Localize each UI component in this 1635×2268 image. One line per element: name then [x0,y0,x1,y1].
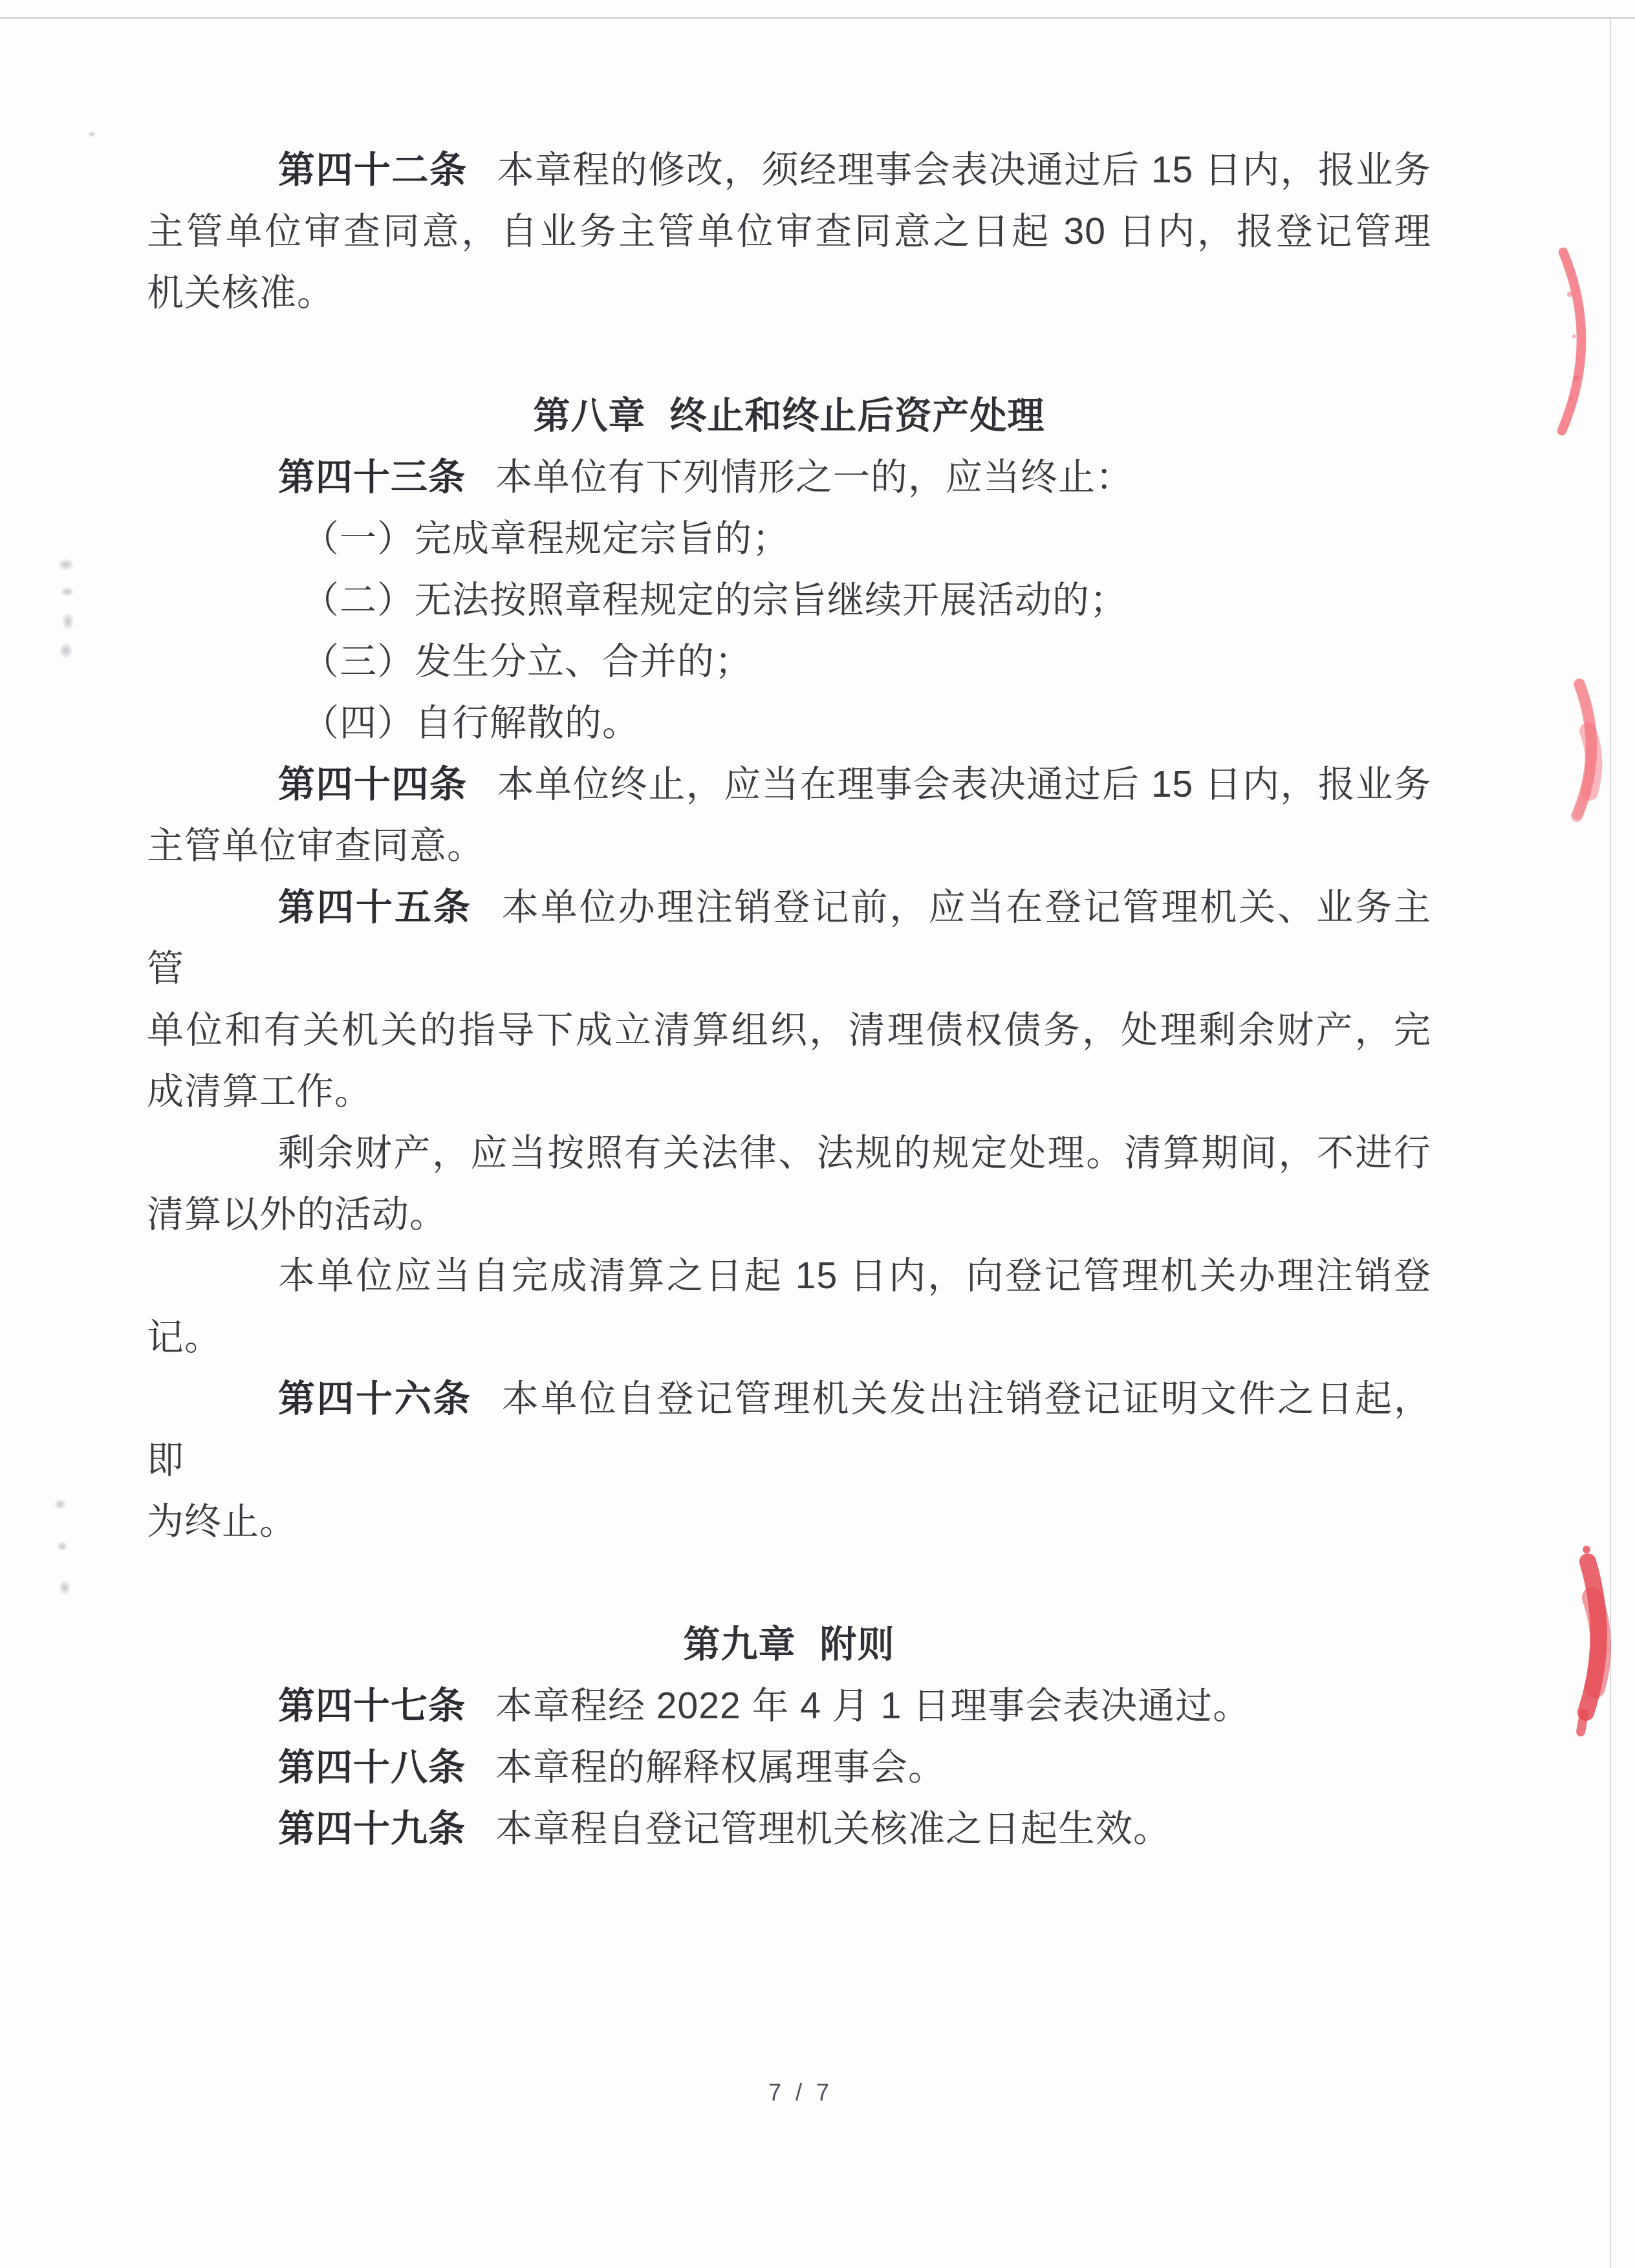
smudge-mark [59,1581,70,1595]
text-line: 主管单位审查同意，自业务主管单位审查同意之日起 30 日内，报登记管理 [147,201,1431,263]
scan-edge-right-line [1610,17,1611,2268]
chapter-heading: 第八章 终止和终止后资产处理 [147,385,1431,447]
smudge-mark [58,559,74,570]
text-line: 第四十八条本章程的解释权属理事会。 [147,1737,1431,1798]
stamp-mark-top [1562,252,1581,431]
text-line: 清算以外的活动。 [147,1184,1431,1246]
article-number: 第四十二条 [278,149,467,191]
list-item-line: （四）自行解散的。 [147,693,1431,754]
text-line: 第四十二条本章程的修改，须经理事会表决通过后 15 日内，报业务 [147,140,1431,201]
text-line: 第四十五条本单位办理注销登记前，应当在登记管理机关、业务主管 [147,877,1431,1000]
smudge-mark [61,587,74,596]
text-line: 第四十四条本单位终止，应当在理事会表决通过后 15 日内，报业务 [147,754,1431,815]
chapter-heading: 第九章 附则 [147,1614,1431,1676]
article-number: 第四十五条 [278,887,472,928]
smudge-mark [54,1499,66,1509]
smudge-mark [60,643,72,658]
text-line: 单位和有关机关的指导下成立清算组织，清理债权债务，处理剩余财产，完 [147,1000,1431,1061]
text-line: 剩余财产，应当按照有关法律、法规的规定处理。清算期间，不进行 [147,1123,1431,1184]
text-line: 主管单位审查同意。 [147,815,1431,877]
text-line: 第四十三条本单位有下列情形之一的，应当终止： [147,447,1431,508]
article-number: 第四十九条 [278,1808,466,1850]
text-line: 本单位应当自完成清算之日起 15 日内，向登记管理机关办理注销登 [147,1246,1431,1307]
article-number: 第四十八条 [278,1747,466,1788]
text-line: 机关核准。 [147,263,1431,324]
list-item-line: （二）无法按照章程规定的宗旨继续开展活动的； [147,570,1431,631]
text-line: 记。 [147,1307,1431,1368]
list-item-line: （一）完成章程规定宗旨的； [147,508,1431,570]
article-number: 第四十四条 [278,764,467,805]
article-number: 第四十七条 [278,1685,466,1727]
article-number: 第四十三条 [278,457,466,498]
text-line: 第四十六条本单位自登记管理机关发出注销登记证明文件之日起，即 [147,1368,1431,1491]
text-line: 第四十七条本章程经 2022 年 4 月 1 日理事会表决通过。 [147,1676,1431,1737]
scanned-document-page: 第四十二条本章程的修改，须经理事会表决通过后 15 日内，报业务主管单位审查同意… [0,0,1635,2268]
smudge-mark [57,1542,67,1551]
stamp-mark-middle [1577,684,1594,816]
smudge-mark [62,613,74,630]
stamp-mark-bottom [1581,1546,1601,1732]
text-line: 成清算工作。 [147,1061,1431,1123]
article-number: 第四十六条 [278,1378,472,1420]
page-number: 7 / 7 [0,2079,1618,2107]
scan-edge-top-line [0,17,1635,19]
blank-line [147,1553,1431,1614]
list-item-line: （三）发生分立、合并的； [147,631,1431,693]
text-line: 为终止。 [147,1491,1431,1553]
document-body: 第四十二条本章程的修改，须经理事会表决通过后 15 日内，报业务主管单位审查同意… [147,140,1431,1860]
text-line: 第四十九条本章程自登记管理机关核准之日起生效。 [147,1798,1431,1860]
blank-line [147,324,1431,385]
smudge-mark [88,131,96,137]
